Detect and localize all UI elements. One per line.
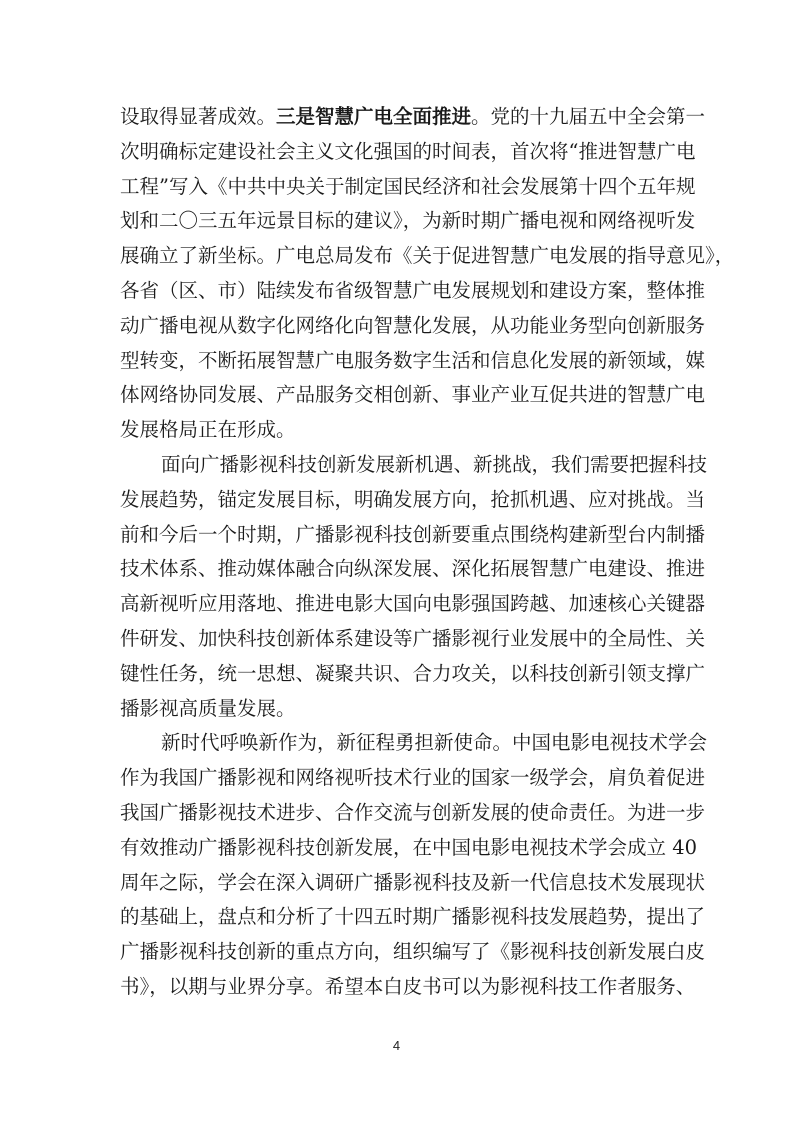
paragraph-1-line: 型转变，不断拓展智慧广电服务数字生活和信息化发展的新领域，媒 — [120, 344, 673, 379]
paragraph-2-line: 播影视高质量发展。 — [120, 692, 673, 727]
paragraph-2-line: 高新视听应用落地、推进电影大国向电影强国跨越、加速核心关键器 — [120, 587, 673, 622]
paragraph-1-line: 各省（区、市）陆续发布省级智慧广电发展规划和建设方案，整体推 — [120, 274, 673, 309]
paragraph-1-line-1: 设取得显著成效。三是智慧广电全面推进。党的十九届五中全会第一 — [120, 100, 673, 135]
page-number: 4 — [0, 1038, 793, 1053]
paragraph-1-line: 展确立了新坐标。广电总局发布《关于促进智慧广电发展的指导意见》， — [120, 239, 673, 274]
paragraph-2-line: 面向广播影视科技创新发展新机遇、新挑战，我们需要把握科技 — [120, 448, 673, 483]
body-text: 设取得显著成效。三是智慧广电全面推进。党的十九届五中全会第一 次明确标定建设社会… — [120, 100, 673, 1005]
paragraph-1-line: 次明确标定建设社会主义文化强国的时间表，首次将“推进智慧广电 — [120, 135, 673, 170]
text-run: 。党的十九届五中全会第一 — [471, 105, 705, 128]
paragraph-3-line: 我国广播影视技术进步、合作交流与创新发展的使命责任。为进一步 — [120, 796, 673, 831]
paragraph-2-line: 发展趋势，锚定发展目标，明确发展方向，抢抓机遇、应对挑战。当 — [120, 483, 673, 518]
bold-heading-run: 三是智慧广电全面推进 — [276, 105, 471, 128]
paragraph-3-line: 的基础上，盘点和分析了十四五时期广播影视科技发展趋势，提出了 — [120, 900, 673, 935]
paragraph-2-line: 技术体系、推动媒体融合向纵深发展、深化拓展智慧广电建设、推进 — [120, 552, 673, 587]
paragraph-3-line: 书》，以期与业界分享。希望本白皮书可以为影视科技工作者服务、 — [120, 970, 673, 1005]
paragraph-3-line: 新时代呼唤新作为，新征程勇担新使命。中国电影电视技术学会 — [120, 726, 673, 761]
paragraph-1-line: 发展格局正在形成。 — [120, 413, 673, 448]
paragraph-1-line: 动广播电视从数字化网络化向智慧化发展，从功能业务型向创新服务 — [120, 309, 673, 344]
document-page: 设取得显著成效。三是智慧广电全面推进。党的十九届五中全会第一 次明确标定建设社会… — [0, 0, 793, 1122]
paragraph-1-line: 工程”写入《中共中央关于制定国民经济和社会发展第十四个五年规 — [120, 170, 673, 205]
paragraph-3-line: 有效推动广播影视科技创新发展，在中国电影电视技术学会成立 40 — [120, 831, 673, 866]
paragraph-2-line: 键性任务，统一思想、凝聚共识、合力攻关，以科技创新引领支撑广 — [120, 657, 673, 692]
paragraph-2-line: 件研发、加快科技创新体系建设等广播影视行业发展中的全局性、关 — [120, 622, 673, 657]
paragraph-2-line: 前和今后一个时期，广播影视科技创新要重点围绕构建新型台内制播 — [120, 518, 673, 553]
paragraph-3-line: 作为我国广播影视和网络视听技术行业的国家一级学会，肩负着促进 — [120, 761, 673, 796]
paragraph-3-line: 周年之际，学会在深入调研广播影视科技及新一代信息技术发展现状 — [120, 866, 673, 901]
paragraph-1-line: 体网络协同发展、产品服务交相创新、事业产业互促共进的智慧广电 — [120, 378, 673, 413]
paragraph-3-line: 广播影视科技创新的重点方向，组织编写了《影视科技创新发展白皮 — [120, 935, 673, 970]
paragraph-1-line: 划和二〇三五年远景目标的建议》，为新时期广播电视和网络视听发 — [120, 204, 673, 239]
text-run: 设取得显著成效。 — [120, 105, 276, 128]
